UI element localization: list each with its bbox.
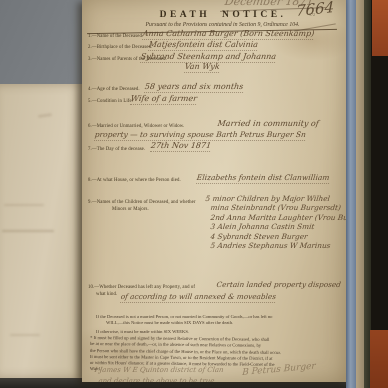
children-list: 5 minor Children by Major Wilhel mina St… (210, 194, 346, 250)
footer-declaration-line2: and declare the above to be true (98, 377, 215, 382)
form-code: 972 (309, 12, 315, 17)
field3-value2-handwriting: Van Wyk (184, 62, 220, 73)
field5-label: 5.—Condition in Life. (88, 99, 133, 104)
footer-declaration-handwriting: I James W E Quinton district of Clan (94, 366, 224, 374)
child-entry: 2nd Anna Maritta Laughter (Vrou Burger) (210, 213, 346, 222)
death-notice-form-page: December 1871 7664 972 DEATH NOTICE. Pur… (82, 0, 346, 382)
child-entry: mina Steinbrandt (Vrou Burgersdt) (210, 203, 346, 212)
field9-label-line1: 9.—Names of the Children of Deceased, an… (88, 200, 196, 205)
child-entry: 5 minor Children by Major Wilhel (205, 194, 346, 203)
field10-value-handwriting: Certain landed property disposed (216, 280, 341, 289)
field8-value-handwriting: Elizabeths fontein dist Clanwilliam (196, 173, 330, 184)
field10-value2-handwriting: of according to will annexed & moveables (120, 292, 277, 303)
field2-value-handwriting: Matjesfontein dist Calvinia (148, 40, 259, 51)
form-title: DEATH NOTICE. (142, 10, 304, 20)
cover-rust-top (372, 0, 388, 56)
field1-value-handwriting: Anna Catharina Burger (Born Steenkamp) (142, 29, 315, 40)
page-edge-blue (346, 0, 356, 388)
ink-showthrough-mark (2, 230, 54, 232)
form-subtitle: Pursuant to the Provisions contained in … (120, 22, 325, 28)
field6-value-handwriting: Married in community of (217, 119, 319, 128)
field10-label-line2: what kind. (96, 292, 117, 297)
field10-label-line1: 10.—Whether Deceased has left any Proper… (88, 285, 195, 290)
note-paragraph1-line2: WILL,—this Notice must be made within SI… (106, 320, 233, 326)
photographed-ledger-page: December 1871 7664 972 DEATH NOTICE. Pur… (0, 0, 388, 388)
field4-label: 4.—Age of the Deceased. (88, 87, 140, 92)
field8-label: 8.—At what House, or where the Person di… (88, 178, 181, 183)
ink-showthrough-mark (4, 204, 44, 206)
field7-label: 7.—The Day of the decease. (88, 147, 145, 152)
field1-label: 1.—Name of the Deceased. (88, 34, 143, 39)
ink-showthrough-mark (38, 113, 52, 118)
field6-value2-handwriting: property — to surviving spouse Barth Pet… (94, 130, 306, 141)
facing-blank-page (0, 84, 84, 378)
child-entry: 4 Sybrandt Steven Burger (210, 232, 346, 241)
field5-value-handwriting: Wife of a farmer (130, 94, 198, 105)
field9-label-line2: Minors or Majors. (112, 207, 149, 212)
cover-rust-bottom (370, 330, 388, 388)
field4-value-handwriting: 58 years and six months (144, 82, 244, 93)
child-entry: 3 Alein Johanna Castin Smit (210, 222, 346, 231)
field2-label: 2.—Birthplace of the Deceased. (88, 45, 152, 50)
field7-value-handwriting: 27th Nov 1871 (150, 141, 212, 152)
ink-showthrough-mark (10, 334, 40, 336)
page-edge-tan (356, 0, 364, 388)
child-entry: 5 Andries Stephanus W Marinus (210, 241, 346, 250)
field6-label: 6.—Married or Unmarried, Widower or Wido… (88, 124, 184, 129)
